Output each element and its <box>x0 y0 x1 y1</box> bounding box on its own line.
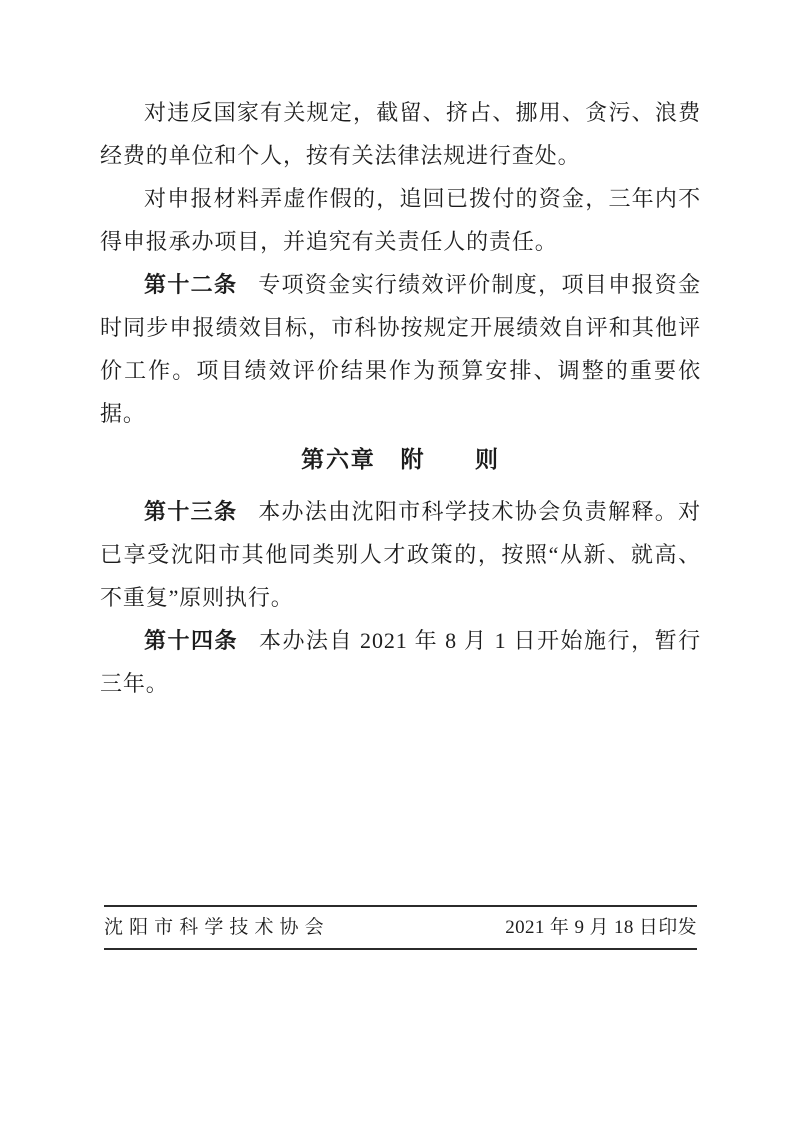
footer-print-date: 2021 年 9 月 18 日印发 <box>505 907 697 948</box>
paragraph-text: 对违反国家有关规定，截留、挤占、挪用、贪污、浪费经费的单位和个人，按有关法律法规… <box>100 100 701 168</box>
paragraph: 对违反国家有关规定，截留、挤占、挪用、贪污、浪费经费的单位和个人，按有关法律法规… <box>100 91 701 177</box>
paragraph-article-13: 第十三条本办法由沈阳市科学技术协会负责解释。对已享受沈阳市其他同类别人才政策的，… <box>100 490 701 619</box>
footer-colophon: 沈阳市科学技术协会 2021 年 9 月 18 日印发 <box>104 905 697 950</box>
article-number: 第十三条 <box>144 499 237 524</box>
article-number: 第十四条 <box>144 628 238 653</box>
document-body: 对违反国家有关规定，截留、挤占、挪用、贪污、浪费经费的单位和个人，按有关法律法规… <box>100 91 701 705</box>
chapter-heading: 第六章 附 则 <box>100 438 701 481</box>
paragraph-article-14: 第十四条本办法自 2021 年 8 月 1 日开始施行，暂行三年。 <box>100 619 701 705</box>
article-number: 第十二条 <box>144 272 237 297</box>
document-page: 对违反国家有关规定，截留、挤占、挪用、贪污、浪费经费的单位和个人，按有关法律法规… <box>0 0 800 1131</box>
paragraph: 对申报材料弄虚作假的，追回已拨付的资金，三年内不得申报承办项目，并追究有关责任人… <box>100 177 701 263</box>
paragraph-article-12: 第十二条专项资金实行绩效评价制度，项目申报资金时同步申报绩效目标，市科协按规定开… <box>100 263 701 435</box>
paragraph-text: 对申报材料弄虚作假的，追回已拨付的资金，三年内不得申报承办项目，并追究有关责任人… <box>100 186 701 254</box>
footer-issuer: 沈阳市科学技术协会 <box>104 907 330 948</box>
